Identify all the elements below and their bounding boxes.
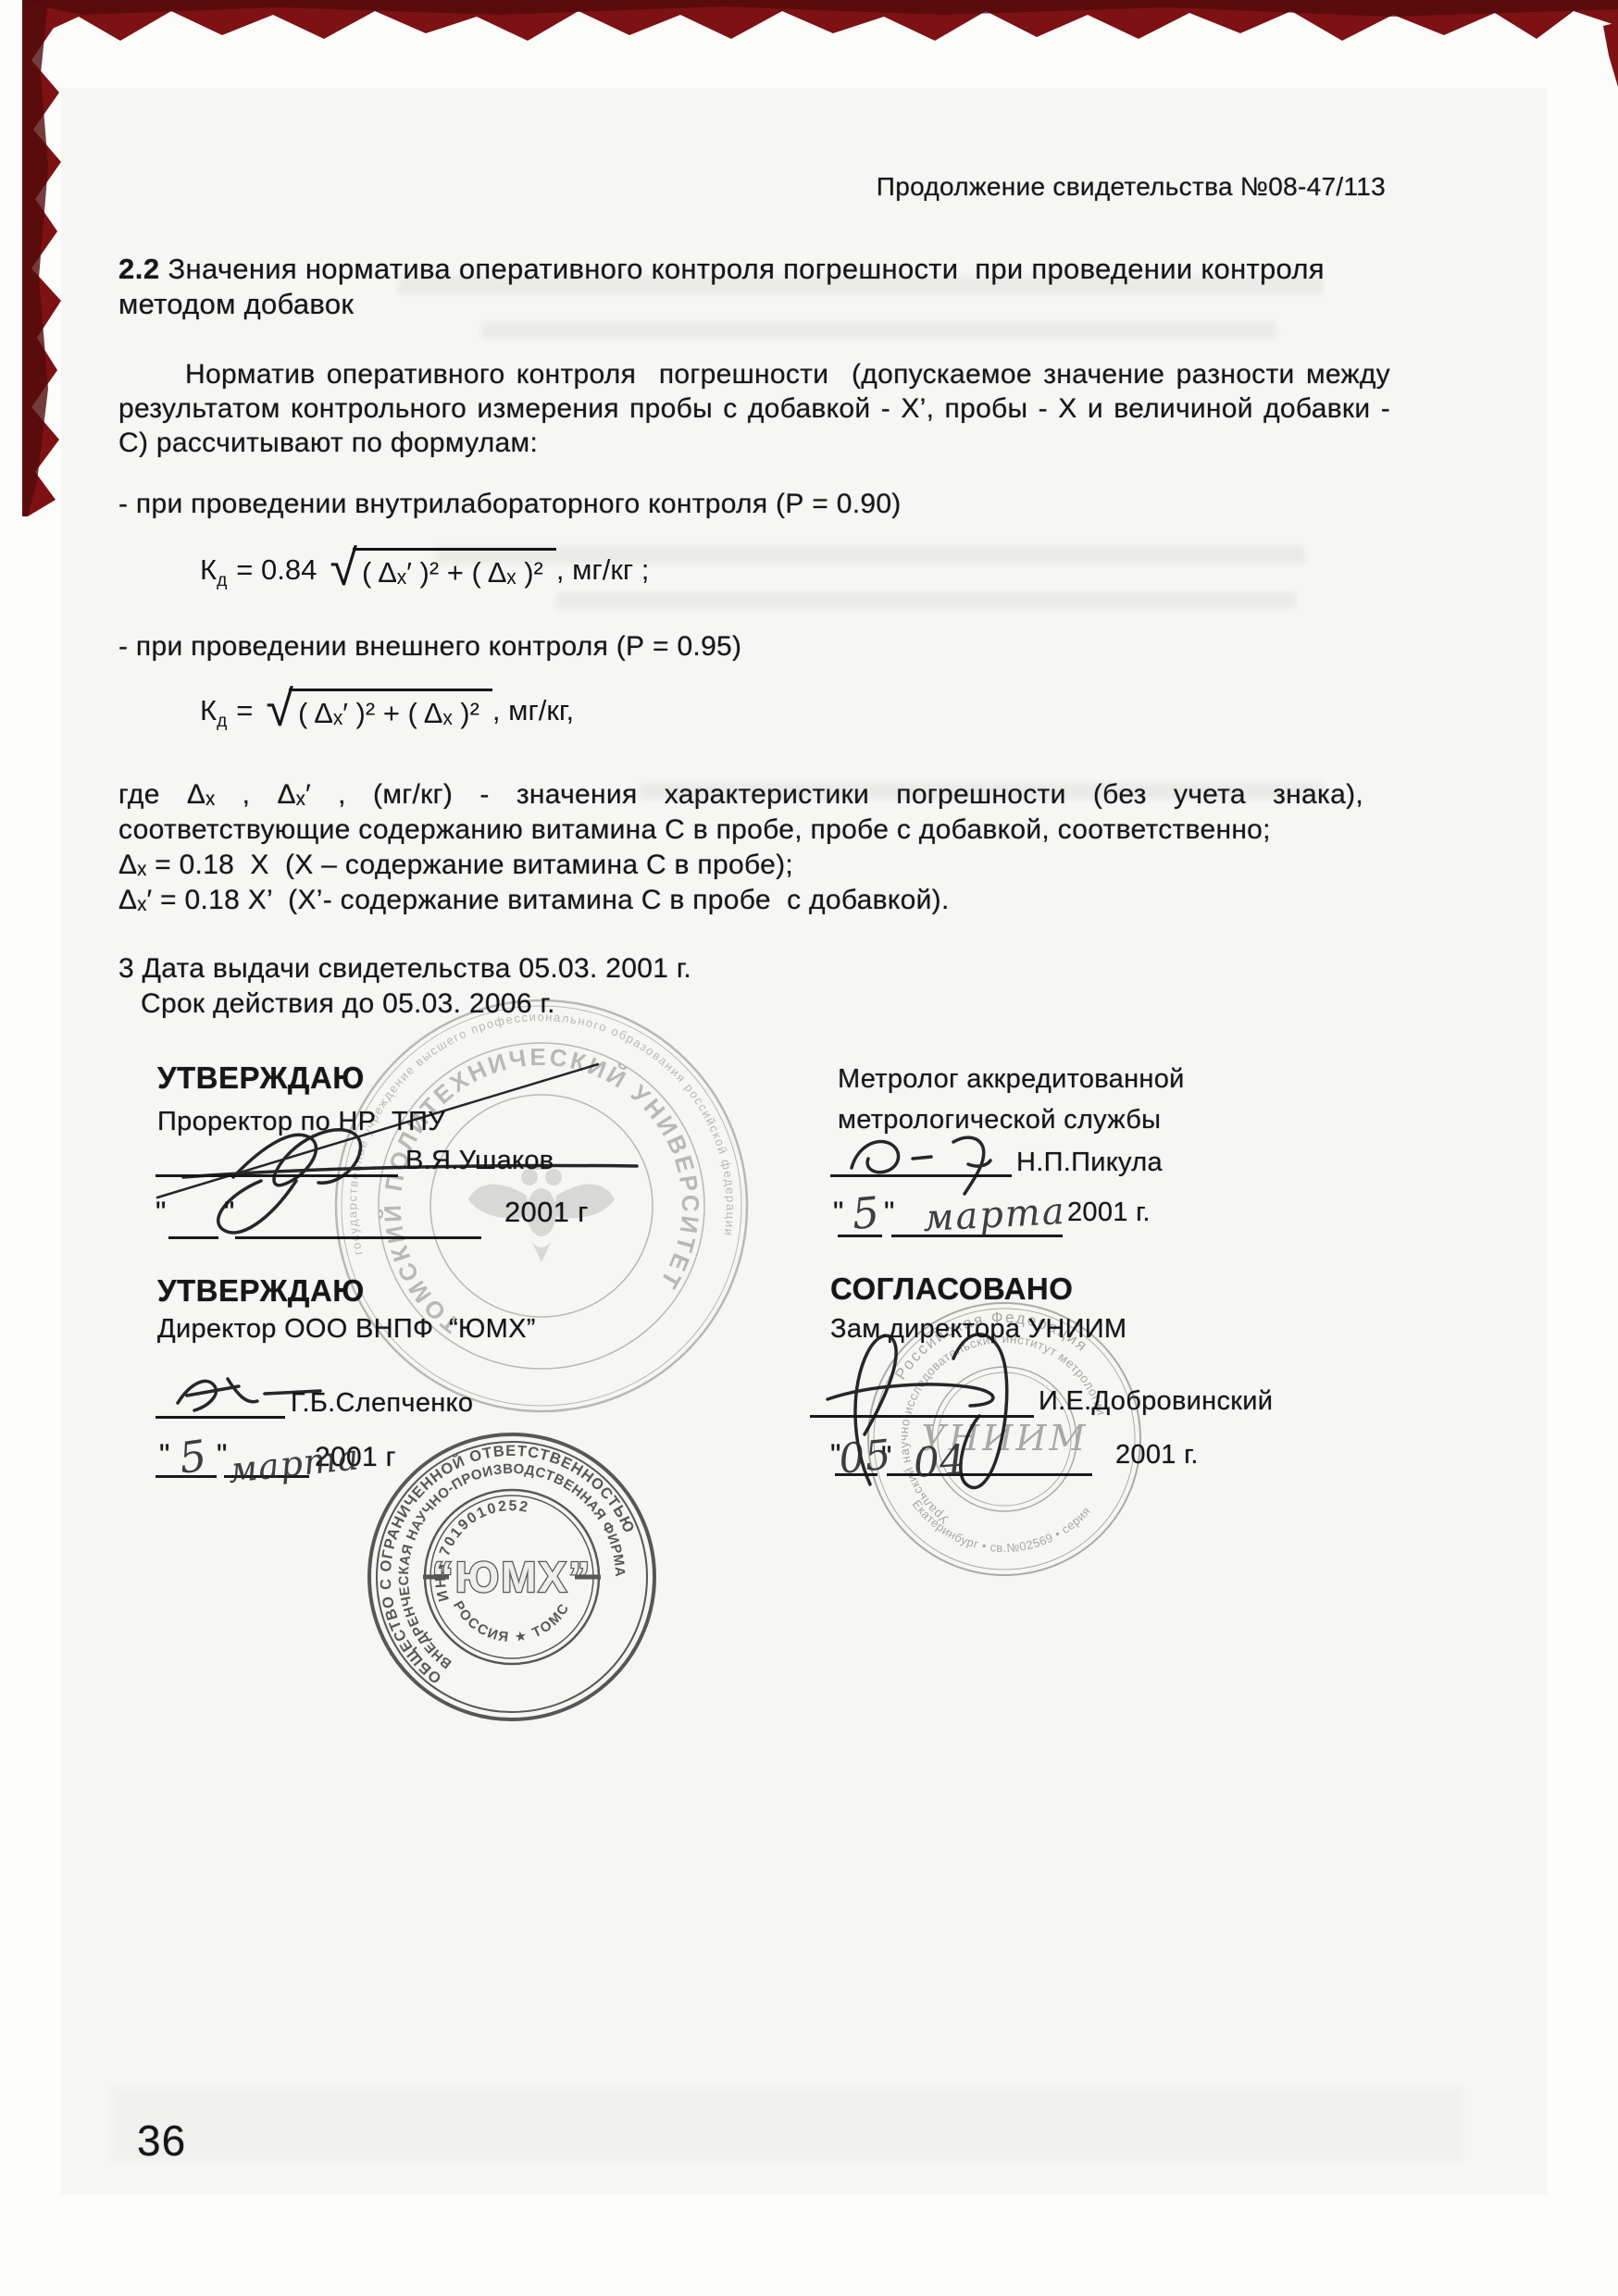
top-edge-artifact [26,0,1618,41]
section-number: 2.2 [118,253,160,285]
quote-mark: " [884,1196,895,1230]
uniim-stamp: Российская Федерация Уральский научно-ис… [865,1300,1143,1578]
bleed-through-artifact [555,592,1296,609]
date-day-line [838,1235,882,1237]
yumh-company-stamp: ОБЩЕСТВО С ОГРАНИЧЕННОЙ ОТВЕТСТВЕННОСТЬЮ… [366,1431,658,1723]
external-control-case: - при проведении внешнего контроля (Р = … [118,631,741,663]
formula-equals: = [236,689,253,727]
formula-lhs: Кд [200,548,227,591]
left-edge-artifact [22,0,65,516]
corner-edge-artifact [1603,22,1618,87]
metrologist-role-line1: Метролог аккредитованной [838,1064,1185,1095]
yumh-stamp-center-text: “ЮМХ” [432,1553,591,1601]
quote-mark: " [830,1438,841,1472]
tpu-university-stamp: государственное учреждение высшего профе… [333,998,750,1414]
quote-mark: " [224,1196,235,1230]
issue-date-line: 3 Дата выдачи свидетельства 05.03. 2001 … [118,953,691,985]
k-subscript: д [217,712,227,731]
section-heading: 2.2 Значения норматива оперативного конт… [118,252,1377,322]
where-definition-line1: где Δₓ , Δₓ′ , (мг/кг) - значения характ… [118,779,1363,811]
section-title: Значения норматива оперативного контроля… [118,253,1333,320]
uniim-stamp-center-text: УНИИМ [921,1418,1089,1458]
formula-radicand: ( Δₓ′ )² + ( Δₓ )² [289,689,492,730]
k-subscript: д [217,571,227,590]
intro-paragraph: Норматив оперативного контроля погрешнос… [118,357,1390,460]
formula-internal-control: Кд = 0.84 √ ( Δₓ′ )² + ( Δₓ )² , мг/кг ; [200,548,649,591]
k-symbol: К [200,553,217,586]
radical-sign: √ [266,690,293,727]
k-symbol: К [200,694,217,726]
formula-radicand: ( Δₓ′ )² + ( Δₓ )² [353,548,556,590]
delta-x-definition: Δₓ = 0.18 Х (Х – содержание витамина С в… [118,850,1363,881]
date-month-line [224,1475,309,1478]
page-number: 36 [137,2116,186,2166]
formula-external-control: Кд = √ ( Δₓ′ )² + ( Δₓ )² , мг/кг, [200,689,574,732]
metrologist-year: 2001 г. [1067,1198,1151,1228]
formula-lhs: Кд [200,689,227,732]
radical-sign: √ [330,550,357,587]
formula-units: , мг/кг, [492,689,574,727]
quote-mark: " [833,1196,844,1230]
date-day-line [168,1236,218,1239]
signature-line [156,1416,285,1419]
delta-x-prime-definition: Δₓ′ = 0.18 Х’ (Х’- содержание витамина С… [118,885,1363,916]
double-eagle-emblem-icon [468,1159,615,1262]
signature-line [830,1174,1012,1177]
left-edge-artifact-dark [22,0,48,516]
where-definition-line2: соответствующие содержанию витамина С в … [118,814,1363,846]
quote-mark: " [217,1438,228,1472]
quote-mark: " [156,1196,167,1230]
bleed-through-artifact [111,2087,1462,2161]
quote-mark: " [159,1438,170,1472]
formula-units: , мг/кг ; [556,548,650,587]
date-day-line [156,1475,217,1478]
continuation-header: Продолжение свидетельства №08-47/113 [355,172,1386,202]
metrologist-role-line2: метрологической службы [838,1105,1161,1136]
bleed-through-artifact [481,322,1277,339]
top-edge-artifact-dark [26,0,1618,17]
internal-control-case: - при проведении внутрилабораторного кон… [118,489,902,520]
formula-coefficient: = 0.84 [236,548,317,587]
metrologist-name: Н.П.Пикула [1016,1148,1163,1178]
date-month-line [891,1235,1063,1237]
scanned-certificate-page: Продолжение свидетельства №08-47/113 2.2… [0,0,1618,2296]
